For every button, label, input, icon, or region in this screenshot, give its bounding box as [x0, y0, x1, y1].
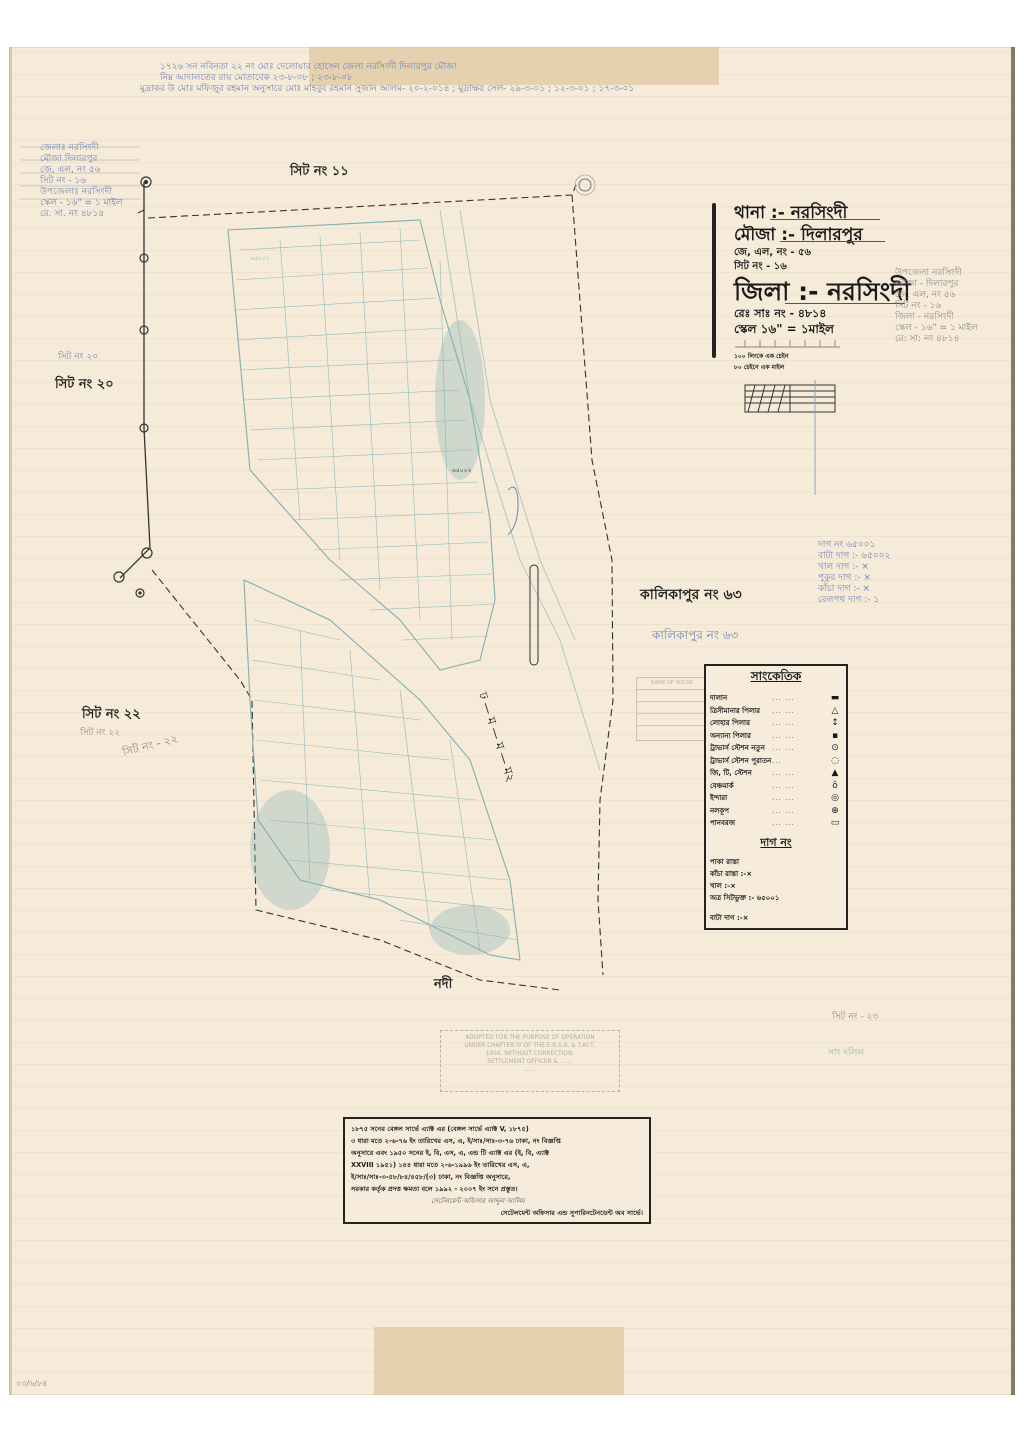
note-line: সিট নং - ১৬: [40, 176, 140, 187]
legend-item: বেঞ্চমার্ক... ...ô: [706, 780, 846, 793]
legend-title: সাংকেতিক: [706, 668, 846, 688]
notice-line: ৩ ধারা মতে ২-৬-৭৬ ইং তারিখের এস, এ, ই/সা…: [351, 1135, 643, 1147]
legend-item: জি, টি, স্টেশন... ...▲: [706, 767, 846, 780]
benchmark-icon: ô: [828, 781, 842, 791]
notice-line: ১৮৭৫ সনের বেঙ্গল সার্ভে এ্যাক্ট এর (বেঙ্…: [351, 1123, 643, 1135]
house-table-row: [637, 702, 707, 714]
signatory-title: সেটেলমেন্ট অফিসার এন্ড সুপারিনটেনডেন্ট অ…: [351, 1207, 643, 1219]
legend-item: দালান... ...▬: [706, 692, 846, 705]
scale-label: স্কেল ১৬" = ১মাইল: [734, 321, 834, 341]
note-line: রেলপথ দাগ :- ১: [818, 595, 938, 606]
adoption-stamp: ADOPTED FOR THE PURPOSE OF OPERATION UND…: [440, 1030, 620, 1092]
note-line: রে: সা: নং ৪৮১৪: [895, 334, 1015, 345]
note-line: খাল দাগ :- ×: [818, 562, 938, 573]
sand-stipple: [250, 320, 510, 955]
dag-item: পাকা রাস্তা: [706, 856, 846, 868]
note-line: রে. সা. নং ৪৮১৪: [40, 209, 140, 220]
adjacent-sheet-west: সিট নং ২০: [55, 375, 114, 396]
dag-item: কাঁচা রাস্তা :-×: [706, 868, 846, 880]
right-mid-note-block: দাগ নং ৬৫০০১ বাটা দাগ :- ৬৫০০২ খাল দাগ :…: [818, 540, 938, 606]
adjacent-sheet-southwest: সিট নং ২২: [82, 705, 141, 726]
tubewell-icon: ⊕: [828, 806, 842, 816]
note-line: পুকুর দাগ :- ×: [818, 573, 938, 584]
trijunction-pillar-icon: △: [828, 706, 842, 716]
notice-line: সরকার কর্তৃক প্রদত্ত ক্ষমতা বলে ১৯৯২ - ২…: [351, 1183, 643, 1195]
dag-number-heading: দাগ নং: [706, 834, 846, 853]
note-line: উপজেলা নরসিংদী: [895, 268, 1015, 279]
legend-item: লোহার পিলার... ...↕: [706, 717, 846, 730]
legend-item: অন্যান্য পিলার... ...▪: [706, 730, 846, 743]
signature: সেটেলমেন্ট অফিসার আব্দুল আলিম: [351, 1195, 643, 1207]
note-line: জে, এল, নং ৫৬: [40, 165, 140, 176]
preparation-notice: ১৮৭৫ সনের বেঙ্গল সার্ভে এ্যাক্ট এর (বেঙ্…: [343, 1117, 651, 1224]
sheet-pencil-22: সিট নং ২২: [80, 728, 120, 739]
sheet-pencil-20: সিট নং ২০: [58, 352, 98, 363]
scale-note-chain: ১০০ লিংকে এক চেইন: [734, 351, 788, 362]
river-label: নদী: [434, 975, 452, 996]
note-line: স্কেল - ১৬" = ১ মাইল: [40, 198, 140, 209]
note-line: সিট নং - ১৬: [895, 301, 1015, 312]
title-block-bar: [712, 203, 716, 358]
scale-note-mile: ৮০ চেইনে এক মাইল: [734, 362, 784, 373]
top-left-note-block: জেলাঃ নরসিংদী মৌজা দিলারপুর জে, এল, নং ৫…: [40, 143, 140, 220]
dag-item: অত্র সিটভুক্ত :- ৬৫০০১: [706, 892, 846, 904]
note-line: জেলাঃ নরসিংদী: [40, 143, 140, 154]
legend-item: ট্রাভার্স স্টেশন পুরাতন...◌: [706, 755, 846, 768]
legend-item: পানবরজ... ...▭: [706, 817, 846, 830]
west-boundary-line: [120, 182, 150, 578]
betel-garden-icon: ▭: [828, 818, 842, 828]
note-line: জিলা - নরসিংদী: [895, 312, 1015, 323]
top-strip-note-1: ১৭২৬ সন নবিনতা ২২ নং মোঃ দেলোয়ার হোসেন …: [160, 62, 457, 73]
note-line: উপজেলাঃ নরসিংদী: [40, 187, 140, 198]
right-lower-note: সিট নং - ২৩: [832, 1012, 878, 1023]
note-line: স্কেল - ১৬" = ১ মাইল: [895, 323, 1015, 334]
legend-item: ট্রাভার্স স্টেশন নতুন... ...⊙: [706, 742, 846, 755]
top-strip-note-3: মুদ্রাকর উ মোঃ মফিজুর রহমান অনুসারে মোঃ …: [140, 84, 634, 95]
traverse-station-icons: [114, 177, 152, 597]
dag-item: খাল :-×: [706, 880, 846, 892]
house-table-row: [637, 690, 707, 702]
note-line: জে, এল, নং ৫৬: [895, 290, 1015, 301]
other-pillar-icon: ▪: [828, 731, 842, 741]
dag-item: বাটা দাগ :-×: [706, 912, 846, 924]
adjacent-mouza-east: কালিকাপুর নং ৬৩: [640, 583, 742, 607]
traverse-station-old-icon: ◌: [828, 756, 842, 766]
map-linework: [0, 0, 1024, 1449]
right-lower-note-2: সাং দলিল: [828, 1045, 864, 1060]
top-strip-note-2: নিম্ন আদালতের রায় মোতাবেক ২৩-৮-০৮ ; ২৩-…: [160, 73, 353, 84]
adjacent-mouza-east-pencil: কালিকাপুর নং ৬৩: [652, 630, 738, 641]
diagonal-scale: [745, 385, 835, 412]
note-line: দাগ নং ৬৫০০১: [818, 540, 938, 551]
note-line: কাঁচা দাগ :- ×: [818, 584, 938, 595]
legend-item: নলকূপ... ...⊕: [706, 805, 846, 818]
traverse-station-new-icon: ⊙: [828, 743, 842, 753]
plot-number: ৬৫০০২: [452, 465, 472, 476]
house-table-header: NAME OF HOUSE: [637, 678, 707, 690]
notice-line: অনুসারে এবং ১৯৫০ সনের ই, বি, এস, এ, এন্ড…: [351, 1147, 643, 1159]
right-margin-note-block: উপজেলা নরসিংদী মৌজা - দিলারপুর জে, এল, ন…: [895, 268, 1015, 345]
notice-line: XXVIII ১৯৫১) ১৪৪ ধারা মতে ২-৬-১৯৯৬ ইং তা…: [351, 1159, 643, 1171]
linear-scale: [735, 340, 840, 347]
house-name-table: NAME OF HOUSE: [636, 677, 708, 741]
building-icon: ▬: [828, 693, 842, 703]
iron-pillar-icon: ↕: [828, 718, 842, 728]
house-table-row: [637, 714, 707, 726]
bottom-left-code: ২৩/৬/৮৪: [16, 1378, 47, 1389]
note-line: মৌজা দিলারপুর: [40, 154, 140, 165]
legend-item: ত্রিসীমানার পিলার... ...△: [706, 705, 846, 718]
legend-item: ইন্দারা... ...◎: [706, 792, 846, 805]
note-line: বাটা দাগ :- ৬৫০০২: [818, 551, 938, 562]
legend-box: সাংকেতিক দালান... ...▬ ত্রিসীমানার পিলার…: [704, 664, 848, 930]
notice-line: ই/সাঃ/সাঃ-৩-৫৮/৮৪/৪৫৮/(৩) ঢাকা, নং বিজ্ঞ…: [351, 1171, 643, 1183]
adjacent-sheet-north: সিট নং ১১: [290, 162, 349, 183]
gt-station-icon: ▲: [828, 768, 842, 778]
plot-number: ৬৫০০১: [250, 253, 270, 264]
note-line: মৌজা - দিলারপুর: [895, 279, 1015, 290]
well-icon: ◎: [828, 793, 842, 803]
